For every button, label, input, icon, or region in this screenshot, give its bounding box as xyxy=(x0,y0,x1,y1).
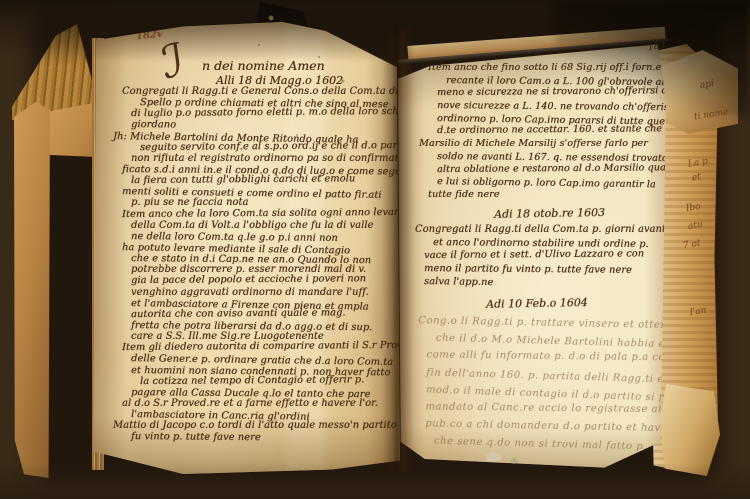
manuscript-text-line: Item gli diedero autorita di comparire a… xyxy=(122,340,416,353)
date-heading-oct-1603: Adi 18 otob.re 1603 xyxy=(494,206,605,221)
left-page: 182v ℐ n dei nomine Amen Alli 18 di Magg… xyxy=(90,22,400,474)
date-heading-feb-1604: Adi 10 Feb.o 1604 xyxy=(486,296,588,311)
manuscript-text-line: di luglio p.o passato forno eletti p. m.… xyxy=(131,106,416,119)
manuscript-text-line: come alli fu informato p. d.o di pala p.… xyxy=(426,350,694,370)
cover-flap-left xyxy=(14,102,50,478)
corner-shadow-top-right xyxy=(555,0,750,115)
left-page-text-block: Congregati li Ragg.ti e General Cons.o d… xyxy=(122,86,416,443)
manuscript-text-line: della Com.ta di Volt.a l'obbligo che fu … xyxy=(131,220,416,231)
book-gutter-shadow xyxy=(382,28,414,472)
curled-corner-bottom xyxy=(660,384,720,476)
manuscript-text-line: non rifiuta el registrato ordinorno pa s… xyxy=(131,153,416,164)
invocation-heading: n dei nomine Amen xyxy=(202,58,325,73)
manuscript-text-line: fu vinto p. tutte fave nere xyxy=(131,431,416,445)
manuscript-text-line: gia la pace del popolo et accioche i pov… xyxy=(131,273,416,286)
manuscript-text-line: Marsilio di Michele Marsilij s'offerse f… xyxy=(419,138,701,151)
manuscript-text-line: seguito servito conf.e al s.p.o ord.ij e… xyxy=(140,140,416,153)
manuscript-text-line: la cotizza nel tempo di Contagio et offe… xyxy=(140,373,416,386)
manuscript-text-line: la fiera con tutti gl'obblighi carichi e… xyxy=(131,173,416,186)
photograph-of-open-manuscript: 182v ℐ n dei nomine Amen Alli 18 di Magg… xyxy=(0,0,750,499)
manuscript-text-line: venghino aggravati ordinorno di mandare … xyxy=(131,287,416,298)
manuscript-text-line: altra oblatione e restarono al d.o Marsi… xyxy=(437,161,701,176)
left-leaf-edges xyxy=(44,34,96,474)
manuscript-text-line: d.te ordinorno ne accettar. 160. et stan… xyxy=(437,123,701,138)
right-page-entry-3-faded: Cong.o li Ragg.ti p. trattare vinsero et… xyxy=(425,315,696,458)
manuscript-text-line: autorita che con aviso avanti quale e ma… xyxy=(131,307,416,320)
manuscript-text-line: Item anco che la loro Com.ta sia solita … xyxy=(122,206,416,219)
edge-ink-fragment: et xyxy=(691,172,701,183)
manuscript-text-line: mandato al Canc.re accio lo registrasse … xyxy=(425,401,693,421)
manuscript-text-line: Congregati li Ragg.ti e General Cons.o d… xyxy=(122,86,416,97)
swash-initial-letter: ℐ xyxy=(159,37,187,86)
manuscript-text-line: pagare alla Cassa Ducale q.lo el tanto c… xyxy=(131,387,416,401)
